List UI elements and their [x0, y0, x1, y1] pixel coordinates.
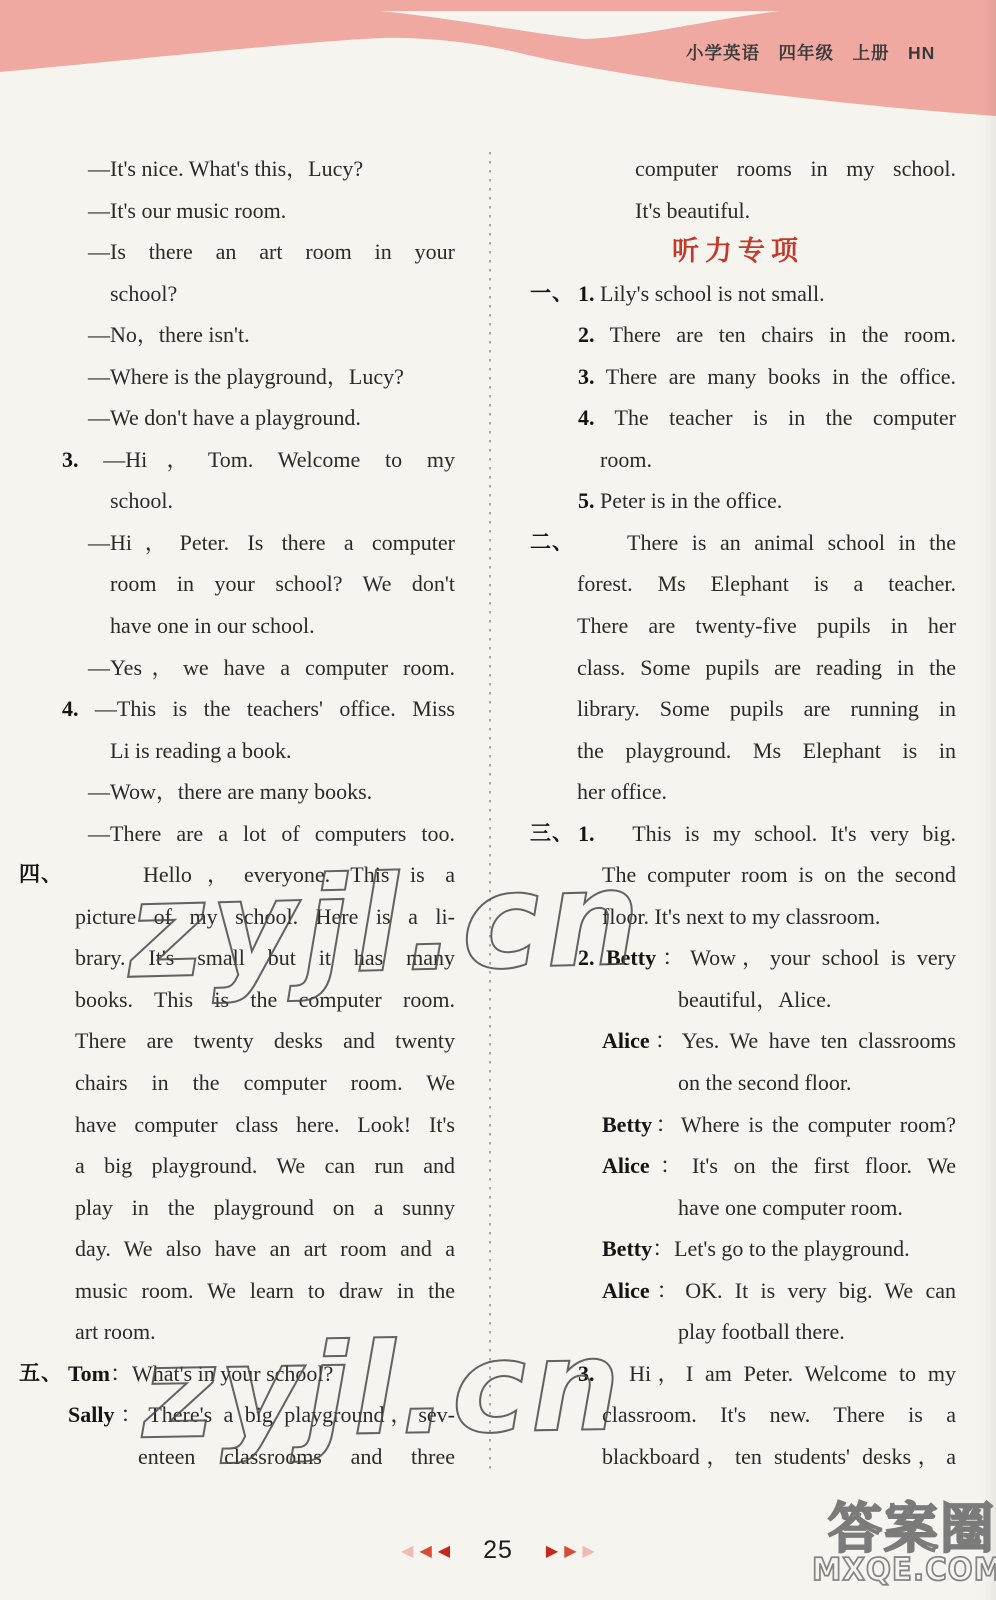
text-line: 三、1. This is my school. It's very big.	[520, 813, 956, 855]
text-line: her office.	[520, 771, 956, 813]
section-marker: 一、	[530, 273, 574, 315]
text-line: —We don't have a playground.	[57, 397, 455, 439]
watermark-site-text: MXQE.COM	[812, 1552, 996, 1588]
text-line: play football there.	[520, 1311, 956, 1353]
text-line: —Yes，we have a computer room.	[57, 647, 455, 689]
text-line: There are twenty desks and twenty	[57, 1020, 455, 1062]
text-line: enteen classrooms and three	[57, 1436, 455, 1478]
prev-arrows-icon: ◀ ◀ ◀	[398, 1541, 453, 1560]
text-line: have one computer room.	[520, 1187, 956, 1229]
next-arrow-icon: ▶	[546, 1541, 558, 1560]
text-line: There are twenty-five pupils in her	[520, 605, 956, 647]
text-line: Alice：OK. It is very big. We can	[520, 1270, 956, 1312]
text-line: library. Some pupils are running in	[520, 688, 956, 730]
text-line: 2. Betty：Wow，your school is very	[520, 937, 956, 979]
text-line: school?	[57, 273, 455, 315]
text-line: 2. There are ten chairs in the room.	[520, 314, 956, 356]
section-marker: 四、	[19, 854, 63, 896]
text-line: chairs in the computer room. We	[57, 1062, 455, 1104]
next-arrow-icon: ▶	[564, 1541, 576, 1560]
book-title: 小学英语 四年级 上册 HN	[686, 40, 935, 65]
section-marker: 三、	[530, 813, 574, 855]
text-line: music room. We learn to draw in the	[57, 1270, 455, 1312]
prev-arrow-icon: ◀	[401, 1541, 413, 1560]
text-line: Betty：Where is the computer room?	[520, 1104, 956, 1146]
text-line: Sally：There's a big playground，sev-	[57, 1394, 455, 1436]
header-wave-band	[0, 11, 996, 131]
text-line: 一、1. Lily's school is not small.	[520, 273, 956, 315]
text-line: —Is there an art room in your	[57, 231, 455, 273]
text-line: —Where is the playground，Lucy?	[57, 356, 455, 398]
text-line: blackboard，ten students' desks，a	[520, 1436, 956, 1478]
text-line: 四、Hello，everyone. This is a	[57, 854, 455, 896]
text-line: a big playground. We can run and	[57, 1145, 455, 1187]
text-line: 4. The teacher is in the computer	[520, 397, 956, 439]
text-line: forest. Ms Elephant is a teacher.	[520, 563, 956, 605]
text-line: on the second floor.	[520, 1062, 956, 1104]
text-line: 3. There are many books in the office.	[520, 356, 956, 398]
next-arrow-icon: ▶	[583, 1541, 595, 1560]
scanned-workbook-page: { "header": { "title": "小学英语 四年级 上册 HN" …	[0, 0, 996, 1600]
text-line: —It's nice. What's this，Lucy?	[57, 148, 455, 190]
text-line: class. Some pupils are reading in the	[520, 647, 956, 689]
text-line: —No，there isn't.	[57, 314, 455, 356]
text-line: Betty：Let's go to the playground.	[520, 1228, 956, 1270]
next-arrows-icon: ▶ ▶ ▶	[543, 1541, 598, 1560]
text-line: Alice：Yes. We have ten classrooms	[520, 1020, 956, 1062]
text-line: Li is reading a book.	[57, 730, 455, 772]
text-line: 3. Hi，I am Peter. Welcome to my	[520, 1353, 956, 1395]
text-line: picture of my school. Here is a li-	[57, 896, 455, 938]
header-band-strip	[0, 0, 996, 11]
page-number: 25	[483, 1536, 513, 1565]
text-line: brary. It's small but it has many	[57, 937, 455, 979]
text-line: 5. Peter is in the office.	[520, 480, 956, 522]
text-line: —Hi，Peter. Is there a computer	[57, 522, 455, 564]
text-line: books. This is the computer room.	[57, 979, 455, 1021]
text-line: room in your school? We don't	[57, 563, 455, 605]
prev-arrow-icon: ◀	[438, 1541, 450, 1560]
text-line: —There are a lot of computers too.	[57, 813, 455, 855]
section-marker: 二、	[530, 522, 574, 564]
text-line: —Wow，there are many books.	[57, 771, 455, 813]
text-line: Alice：It's on the first floor. We	[520, 1145, 956, 1187]
text-line: art room.	[57, 1311, 455, 1353]
text-line: 3. —Hi，Tom. Welcome to my	[57, 439, 455, 481]
left-column: —It's nice. What's this，Lucy?—It's our m…	[57, 148, 455, 1478]
text-line: 五、Tom：What's in your school?	[57, 1353, 455, 1395]
text-line: the playground. Ms Elephant is in	[520, 730, 956, 772]
column-divider	[489, 152, 491, 1474]
text-line: —It's our music room.	[57, 190, 455, 232]
right-column: computer rooms in my school.It's beautif…	[520, 148, 956, 1478]
text-line: room.	[520, 439, 956, 481]
text-line: play in the playground on a sunny	[57, 1187, 455, 1229]
text-line: floor. It's next to my classroom.	[520, 896, 956, 938]
text-line: have one in our school.	[57, 605, 455, 647]
text-line: 二、There is an animal school in the	[520, 522, 956, 564]
listening-section-heading: 听力专项	[520, 231, 956, 273]
text-line: day. We also have an art room and a	[57, 1228, 455, 1270]
text-line: beautiful，Alice.	[520, 979, 956, 1021]
text-line: classroom. It's new. There is a	[520, 1394, 956, 1436]
page-edge-shadow	[982, 0, 996, 1600]
text-line: have computer class here. Look! It's	[57, 1104, 455, 1146]
prev-arrow-icon: ◀	[419, 1541, 431, 1560]
text-line: computer rooms in my school.	[520, 148, 956, 190]
section-marker: 五、	[19, 1353, 63, 1395]
text-line: It's beautiful.	[520, 190, 956, 232]
text-line: 4. —This is the teachers' office. Miss	[57, 688, 455, 730]
text-line: school.	[57, 480, 455, 522]
text-line: The computer room is on the second	[520, 854, 956, 896]
